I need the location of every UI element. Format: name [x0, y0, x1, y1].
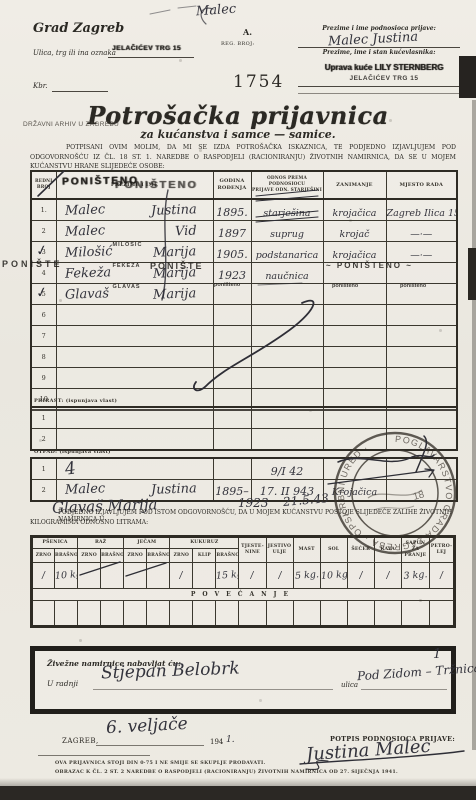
surname-handwriting: Malec [64, 202, 105, 218]
stock-value: / [266, 570, 293, 582]
birth-year-handwriting: 1905. [216, 248, 248, 261]
scan-edge-top-right [459, 56, 476, 98]
reg-number-label: REG. BROJ: [221, 41, 254, 47]
table-row: 3✓ MILOŠIĆMilošićMarija 1905. podstanari… [31, 242, 457, 263]
otpad-surname-handwriting: Malec [64, 482, 105, 498]
registration-number: 1754 [233, 72, 284, 92]
street-stamp-value: JELAČIĆEV TRG 15 [112, 45, 181, 52]
supply-street-handwriting: Pod Zidom – Tržnica [357, 661, 476, 684]
table-row: 9 [31, 368, 457, 389]
scan-edge-right-line [472, 100, 476, 750]
occupation-handwriting: krojač [340, 229, 370, 240]
landlord-stamp-line1: Uprava kuće LILY STERNBERG [310, 63, 458, 72]
subcol-flour: BRAŠNO [216, 549, 239, 563]
surname-stamp: FEKEŽA [113, 263, 141, 269]
col-header-lard: MAST [293, 537, 320, 563]
row-number: 8 [32, 353, 56, 361]
subcol-flour: BRAŠNO [147, 549, 170, 563]
stock-value: 10 kg. [320, 570, 347, 582]
table-row: 8 [31, 347, 457, 368]
statement-line2: KILOGRAMIMA ODNOSNO LITRAMA: [30, 519, 230, 526]
row-number: 4 [32, 269, 56, 277]
date-underline [96, 745, 204, 746]
birth-year-handwriting: 1923 [218, 269, 246, 282]
fineprint-line1: OVA PRIJAVNICA STOJI DIN 0·75 I NE SMIJE… [55, 760, 415, 766]
row-number: 2 [32, 486, 56, 494]
table-row: 5✓ GLAVAŠGlavašMarija [31, 284, 457, 305]
applicant-underline [298, 47, 460, 48]
col-group-corn: KUKURUZ [170, 537, 239, 549]
city-heading: Grad Zagreb [33, 21, 124, 36]
house-number-label: Kbr. [33, 82, 48, 90]
stock-value: / [430, 570, 454, 582]
check-mark: ✓ [34, 284, 49, 302]
stocks-increase-row: POVEĆANJE [32, 589, 455, 601]
place-label: ZAGREB, [62, 737, 99, 745]
col-header-oil: JESTIVO ULJE [266, 537, 293, 563]
givenname-handwriting: Marija [153, 244, 197, 260]
relation-handwriting: starješina [263, 208, 310, 219]
occupation-handwriting: krojačica [333, 250, 377, 261]
col-group-wheat: PŠENICA [32, 537, 78, 549]
birth-year-handwriting: 1897 [218, 227, 246, 240]
stock-value [101, 575, 123, 577]
increase-banner: POVEĆANJE [32, 589, 455, 601]
col-group-barley: JEČAM [124, 537, 170, 549]
shop-field-label: U radnji [47, 679, 78, 688]
relation-handwriting: suprug [270, 229, 304, 240]
subcol-grain: ZRNO [170, 549, 193, 563]
row-number: 2 [32, 227, 56, 235]
relation-handwriting: podstanarica [256, 250, 319, 261]
intro-paragraph: POTPISANI OVIM MOLIM, DA MI SE IZDA POTR… [30, 143, 456, 172]
year-digit-handwriting: 1. [226, 735, 235, 745]
statement-date-handwriting: 21.5.43 [282, 491, 329, 509]
statement-year-handwriting: 1923 [238, 496, 269, 510]
stock-value: / [239, 570, 266, 582]
col-header-relation: ODNOS PREMA PODNOSIOCU PRIJAVE ODN. STAR… [251, 171, 323, 199]
stock-value [78, 575, 100, 577]
row-number: 2 [32, 435, 56, 443]
row5-cancel-stamp-year: poništeno [214, 282, 240, 288]
supply-declaration-box: Živežne namirnice nabavljat ću: U radnji… [30, 646, 456, 714]
col-header-pasta: TJESTE- NINE [239, 537, 266, 563]
givenname-handwriting: Vid [175, 223, 197, 239]
stock-value [124, 575, 146, 577]
scanned-form-page: Malec Grad Zagreb A. REG. BROJ: Ulica, t… [0, 0, 476, 800]
row-number: 9 [32, 374, 56, 382]
supply-street-underline [361, 689, 447, 690]
stock-value: / [33, 570, 55, 581]
surname-handwriting: Malec [64, 223, 105, 239]
subcol-flour: BRAŠNO [55, 549, 78, 563]
surname-handwriting: Glavaš [64, 286, 109, 303]
table-row: 1 [31, 407, 457, 429]
row4-cancel-stamp-left: PONIŠTE [2, 259, 63, 269]
surname-handwriting: Fekeža [64, 265, 111, 282]
date-handwriting: 6. veljače [106, 714, 189, 738]
stocks-values-row: / 10 kg. / 15 kg. / / 5 kg. 10 kg. / / 3… [32, 563, 455, 589]
stock-value: / [374, 570, 401, 582]
surname-stamp: MILOŠIĆ [113, 242, 143, 248]
row-number: 1 [32, 414, 56, 422]
row4-cancel-stamp-right: ~ PONIŠTENO ~ [326, 261, 413, 270]
otpad-date-handwriting: 9/I 42 [271, 465, 304, 478]
form-subtitle: za kućanstva i samce — samice. [0, 128, 476, 141]
table-row: 2 MalecVid 1897 suprug krojač —·— [31, 221, 457, 242]
supply-street-number-handwriting: 1 [433, 647, 441, 662]
scan-bottom-band [0, 786, 476, 800]
otpad-givenname-handwriting: Justina [150, 481, 196, 498]
scan-edge-right-patch [468, 248, 476, 300]
fineprint-rule [38, 755, 150, 756]
stocks-empty-row [32, 601, 455, 627]
col-header-number: REDNI BROJ [31, 171, 56, 199]
col-group-rye: RAŽ [78, 537, 124, 549]
archive-stamp: DRŽAVNI ARHIV U ZAGREBU [23, 121, 119, 128]
street-field-label: Ulica, trg ili ina oznaka [33, 49, 116, 57]
landlord-underline-2 [298, 93, 460, 94]
surname-handwriting: Milošić [64, 244, 112, 261]
stock-value: 3 kg. [401, 570, 429, 582]
stock-value [147, 575, 169, 577]
birth-year-handwriting: 1895. [216, 206, 248, 219]
landlord-label: Prezime, ime i stan kućevlasnika: [300, 49, 458, 56]
stock-value: / [170, 570, 193, 581]
relation-handwriting: naučnica [265, 271, 308, 282]
table-row: 7 [31, 326, 457, 347]
row-number: 1 [32, 465, 56, 473]
shop-underline [93, 689, 333, 690]
round-official-stamp: POGLAVARSTVO GRADA ZAGREBA · OPSKRBNI UR… [330, 428, 460, 558]
prirast-section-label: PRIRAST: (ispunjava vlast) [34, 398, 117, 404]
shop-name-handwriting: Stjepan Belobrk [101, 659, 240, 684]
row-number: 6 [32, 311, 56, 319]
row-number: 7 [32, 332, 56, 340]
stock-value: 5 kg. [293, 570, 320, 582]
landlord-underline-1 [298, 86, 460, 87]
otpad-mark-handwriting: 4 [63, 458, 77, 479]
subcol-grain: ZRNO [32, 549, 55, 563]
row5-cancel-stamp-occupation: poništeno [332, 283, 358, 289]
subcol-cob: KLIP [193, 549, 216, 563]
round-stamp-text: POGLAVARSTVO GRADA ZAGREBA · OPSKRBNI UR… [336, 434, 454, 552]
table-row: 6 [31, 305, 457, 326]
subcol-grain: ZRNO [124, 549, 147, 563]
row4-cancel-stamp-mid: PONIŠTE [150, 261, 204, 271]
col-header-workplace: MJESTO RADA [386, 171, 457, 199]
otpad-section-label: OTPAD: (ispunjava vlast) [34, 449, 111, 455]
workplace-handwriting: —·— [410, 229, 432, 240]
landlord-stamp-line2: JELAČIĆEV TRG 15 [310, 75, 458, 82]
stock-value [193, 575, 215, 577]
street-field-label-2: ulica [341, 681, 358, 689]
workplace-handwriting: Zagreb Ilica 15. [387, 208, 458, 219]
stock-value: 15 kg. [216, 570, 239, 581]
svg-text:POGLAVARSTVO GRADA ZAGREBA · O: POGLAVARSTVO GRADA ZAGREBA · OPSKRBNI UR… [336, 434, 454, 552]
subcol-grain: ZRNO [78, 549, 101, 563]
house-number-underline [52, 91, 108, 92]
section-letter: A. [243, 27, 252, 37]
workplace-handwriting: —·— [410, 250, 432, 261]
year-printed: 194 [210, 738, 223, 746]
header-cancellation-stamp-2: PONIŠTENO [115, 180, 198, 191]
persons-table: REDNI BROJ PREZIME I IME GODINA ROĐENJA … [30, 170, 458, 411]
fineprint-line2: OBRAZAC K ČL. 2 ST. 2 NAREDBE O RASPODJE… [55, 769, 435, 775]
street-underline [108, 57, 194, 58]
subcol-flour: BRAŠNO [101, 549, 124, 563]
row-number: 1. [32, 206, 56, 214]
table-row: 1. MalecJustina 1895. starješina krojači… [31, 199, 457, 221]
givenname-handwriting: Marija [153, 286, 197, 302]
check-mark: ✓ [34, 242, 49, 260]
row5-cancel-stamp-workplace: poništeno [400, 283, 426, 289]
surname-stamp: GLAVAŠ [113, 284, 141, 290]
stock-value: 10 kg. [55, 570, 78, 581]
top-annotation-handwriting: Malec [196, 2, 237, 20]
stock-value: / [347, 570, 374, 582]
occupation-handwriting: krojačica [333, 208, 377, 219]
givenname-handwriting: Justina [150, 202, 196, 219]
col-header-occupation: ZANIMANJE [323, 171, 386, 199]
paper-speckles [0, 0, 1, 1]
col-header-birth-year: GODINA ROĐENJA [213, 171, 251, 199]
